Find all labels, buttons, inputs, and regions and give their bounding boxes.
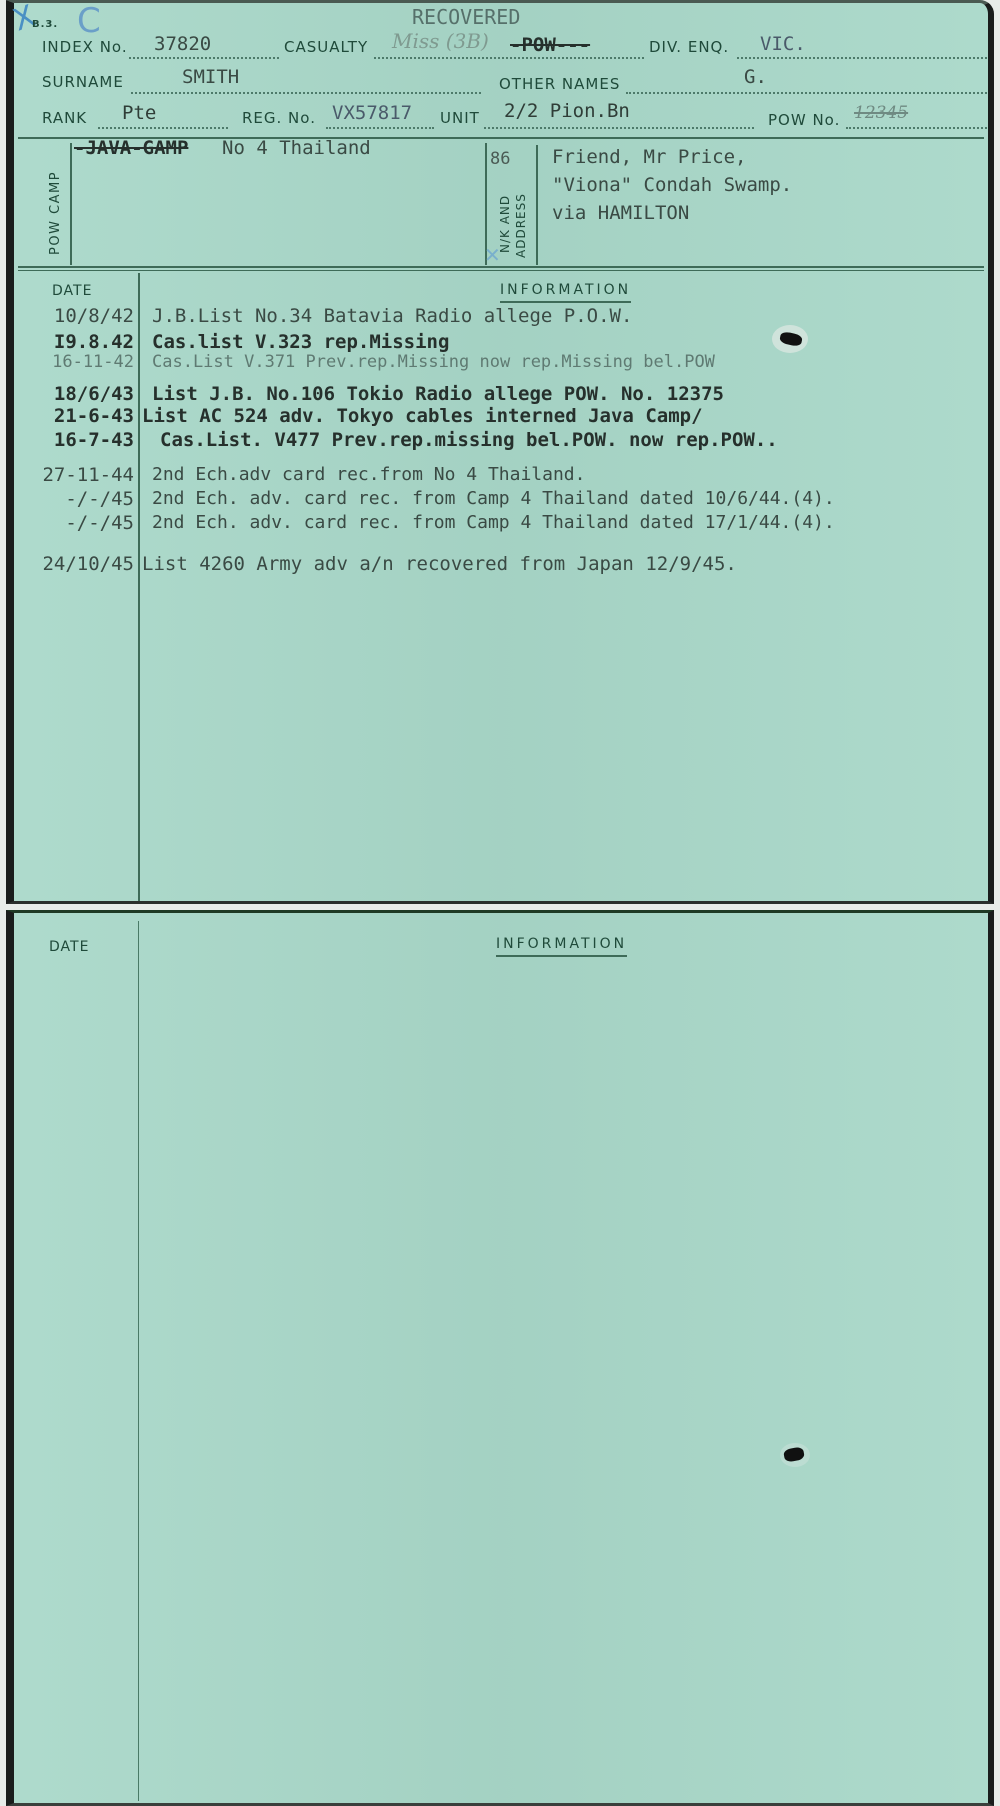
row-date: 10/8/42 [54, 305, 134, 327]
nok-line-1: Friend, Mr Price, [552, 146, 746, 168]
nok-line-3: via HAMILTON [552, 202, 689, 224]
pow-camp-struck: -JAVA-GAMP [74, 137, 188, 159]
row-info: Cas.List. V477 Prev.rep.missing bel.POW.… [160, 429, 778, 451]
record-card-back: DATE INFORMATION [6, 910, 994, 1806]
row-info: Cas.List V.371 Prev.rep.Missing now rep.… [152, 352, 715, 372]
row-date: I9.8.42 [54, 331, 134, 353]
reg-no-value: VX57817 [332, 102, 412, 124]
row-info: 2nd Ech. adv. card rec. from Camp 4 Thai… [152, 512, 835, 533]
row-date: -/-/45 [65, 488, 134, 510]
div-enq-value: VIC. [760, 33, 806, 55]
corner-mark: C [77, 1, 101, 41]
row-info: J.B.List No.34 Batavia Radio allege P.O.… [152, 305, 632, 327]
other-names-label: OTHER NAMES [499, 75, 620, 93]
row-date: 27-11-44 [42, 464, 134, 486]
pow-no-label: POW No. [768, 111, 840, 129]
rank-value: Pte [122, 102, 156, 124]
row-date: 24/10/45 [42, 553, 134, 575]
info-header: INFORMATION [500, 282, 631, 303]
row-date: 21-6-43 [54, 405, 134, 427]
row-date: -/-/45 [65, 512, 134, 534]
nok-label-line2: ADDRESS [514, 193, 528, 258]
casualty-pencil-note: Miss (3B) [392, 29, 489, 53]
surname-label: SURNAME [42, 73, 124, 91]
index-value: 37820 [154, 33, 211, 55]
nok-line-2: "Viona" Condah Swamp. [552, 174, 792, 196]
casualty-struck-value: -POW--- [510, 34, 590, 56]
other-names-value: G. [744, 66, 767, 88]
rank-label: RANK [42, 109, 87, 127]
row-info: Cas.list V.323 rep.Missing [152, 331, 449, 353]
pow-no-value: 12345 [854, 103, 908, 123]
pow-camp-value: No 4 Thailand [222, 137, 371, 159]
div-enq-label: DIV. ENQ. [649, 38, 729, 56]
back-date-header: DATE [49, 939, 89, 955]
row-info: 2nd Ech. adv. card rec. from Camp 4 Thai… [152, 488, 835, 509]
reg-no-label: REG. No. [242, 109, 316, 127]
row-info: List 4260 Army adv a/n recovered from Ja… [142, 553, 737, 575]
unit-value: 2/2 Pion.Bn [504, 100, 630, 122]
back-info-header: INFORMATION [496, 936, 627, 957]
row-info: List J.B. No.106 Tokio Radio allege POW.… [152, 383, 724, 405]
form-code: B.3. [32, 19, 58, 30]
row-date: 16-11-42 [52, 352, 134, 372]
nok-cross-mark: ✕ [484, 243, 501, 267]
casualty-label: CASUALTY [284, 38, 368, 56]
unit-label: UNIT [440, 109, 480, 127]
row-info: List AC 524 adv. Tokyo cables interned J… [142, 405, 703, 427]
casualty-stamp: RECOVERED [412, 5, 520, 29]
record-card-front: X B.3. C INDEX No. 37820 CASUALTY RECOVE… [6, 0, 994, 904]
row-date: 16-7-43 [54, 429, 134, 451]
surname-value: SMITH [182, 66, 239, 88]
nok-number: 86 [490, 149, 510, 169]
index-label: INDEX No. [42, 38, 128, 56]
pow-camp-label: POW CAMP [48, 171, 63, 255]
date-header: DATE [52, 283, 92, 299]
row-info: 2nd Ech.adv card rec.from No 4 Thailand. [152, 464, 585, 485]
row-date: 18/6/43 [54, 383, 134, 405]
